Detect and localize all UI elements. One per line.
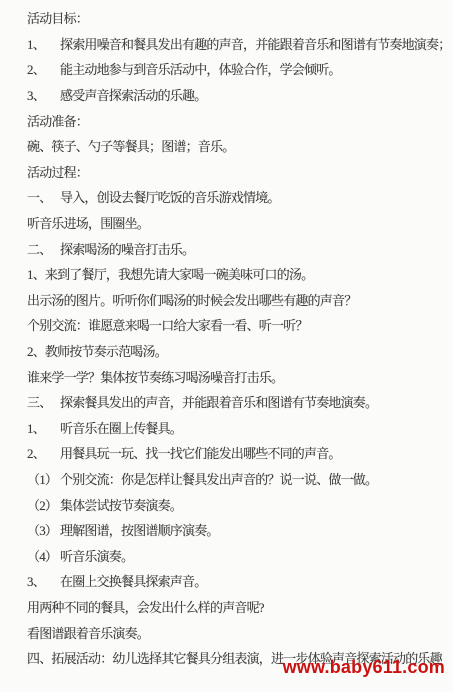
line-text: 谁来学一学？集体按节奏练习喝汤噪音打击乐。	[27, 367, 283, 386]
line-text: 能主动地参与到音乐活动中，体验合作，学会倾听。	[60, 59, 341, 78]
text-line: 听音乐进场，围圈坐。	[27, 210, 447, 236]
text-line: 3、感受声音探索活动的乐趣。	[27, 82, 447, 108]
text-line: 个别交流：谁愿意来喝一口给大家看一看、听一听？	[27, 312, 447, 338]
text-line: 活动过程：	[27, 159, 447, 185]
text-line: 二、探索喝汤的噪音打击乐。	[27, 235, 447, 261]
line-marker: （4）	[27, 546, 60, 565]
line-text: 个别交流：谁愿意来喝一口给大家看一看、听一听？	[27, 315, 308, 334]
line-marker: 3、	[27, 571, 60, 590]
line-text: 活动目标：	[27, 8, 88, 27]
line-text: 出示汤的图片。听听你们喝汤的时候会发出哪些有趣的声音？	[27, 290, 356, 309]
line-text: 活动过程：	[27, 162, 88, 181]
text-line: （1）个别交流：你是怎样让餐具发出声音的？说一说、做一做。	[27, 466, 447, 492]
line-marker: （3）	[27, 520, 60, 539]
line-text: 理解图谱，按图谱顺序演奏。	[60, 520, 219, 539]
text-line: 活动目标：	[27, 5, 447, 31]
text-line: 出示汤的图片。听听你们喝汤的时候会发出哪些有趣的声音？	[27, 287, 447, 313]
line-text: 在圈上交换餐具探索声音。	[60, 571, 206, 590]
text-line: 谁来学一学？集体按节奏练习喝汤噪音打击乐。	[27, 363, 447, 389]
line-text: 感受声音探索活动的乐趣。	[60, 85, 206, 104]
line-marker: 1、	[27, 34, 60, 53]
line-text: 2、教师按节奏示范喝汤。	[27, 341, 167, 360]
text-line: 用两种不同的餐具，会发出什么样的声音呢?	[27, 594, 447, 620]
line-marker: （2）	[27, 495, 60, 514]
line-marker: 1、	[27, 418, 60, 437]
document-body: 活动目标：1、探索用噪音和餐具发出有趣的声音，并能跟着音乐和图谱有节奏地演奏；2…	[27, 5, 447, 670]
line-text: 探索喝汤的噪音打击乐。	[60, 239, 194, 258]
line-text: 探索用噪音和餐具发出有趣的声音，并能跟着音乐和图谱有节奏地演奏；	[60, 34, 450, 53]
text-line: 3、在圈上交换餐具探索声音。	[27, 568, 447, 594]
line-text: 用餐具玩一玩、找一找它们能发出哪些不同的声音。	[60, 443, 341, 462]
line-marker: 3、	[27, 85, 60, 104]
line-text: 听音乐演奏。	[60, 546, 133, 565]
line-marker: 二、	[27, 239, 60, 258]
text-line: 1、来到了餐厅，我想先请大家喝一碗美味可口的汤。	[27, 261, 447, 287]
watermark-url: www.baby611.com	[283, 657, 445, 678]
line-marker: 一、	[27, 187, 60, 206]
text-line: 看图谱跟着音乐演奏。	[27, 619, 447, 645]
line-text: 看图谱跟着音乐演奏。	[27, 623, 149, 642]
line-marker: （1）	[27, 469, 60, 488]
line-text: 活动准备：	[27, 111, 88, 130]
text-line: 三、探索餐具发出的声音，并能跟着音乐和图谱有节奏地演奏。	[27, 389, 447, 415]
text-line: 1、听音乐在圈上传餐具。	[27, 415, 447, 441]
text-line: 活动准备：	[27, 107, 447, 133]
line-marker: 2、	[27, 59, 60, 78]
line-text: 用两种不同的餐具，会发出什么样的声音呢?	[27, 597, 264, 616]
line-text: 集体尝试按节奏演奏。	[60, 495, 182, 514]
line-marker: 三、	[27, 392, 60, 411]
line-text: 1、来到了餐厅，我想先请大家喝一碗美味可口的汤。	[27, 264, 313, 283]
text-line: 2、用餐具玩一玩、找一找它们能发出哪些不同的声音。	[27, 440, 447, 466]
text-line: （2）集体尝试按节奏演奏。	[27, 491, 447, 517]
document-page: 活动目标：1、探索用噪音和餐具发出有趣的声音，并能跟着音乐和图谱有节奏地演奏；2…	[0, 0, 453, 692]
line-marker: 2、	[27, 443, 60, 462]
line-text: 个别交流：你是怎样让餐具发出声音的？说一说、做一做。	[60, 469, 377, 488]
text-line: 1、探索用噪音和餐具发出有趣的声音，并能跟着音乐和图谱有节奏地演奏；	[27, 31, 447, 57]
line-text: 探索餐具发出的声音，并能跟着音乐和图谱有节奏地演奏。	[60, 392, 377, 411]
line-text: 碗、筷子、勺子等餐具；图谱；音乐。	[27, 136, 234, 155]
text-line: 一、导入，创设去餐厅吃饭的音乐游戏情境。	[27, 184, 447, 210]
text-line: （4）听音乐演奏。	[27, 542, 447, 568]
line-text: 导入，创设去餐厅吃饭的音乐游戏情境。	[60, 187, 280, 206]
text-line: （3）理解图谱，按图谱顺序演奏。	[27, 517, 447, 543]
text-line: 2、能主动地参与到音乐活动中，体验合作，学会倾听。	[27, 56, 447, 82]
line-text: 听音乐进场，围圈坐。	[27, 213, 149, 232]
line-text: 听音乐在圈上传餐具。	[60, 418, 182, 437]
text-line: 2、教师按节奏示范喝汤。	[27, 338, 447, 364]
text-line: 碗、筷子、勺子等餐具；图谱；音乐。	[27, 133, 447, 159]
